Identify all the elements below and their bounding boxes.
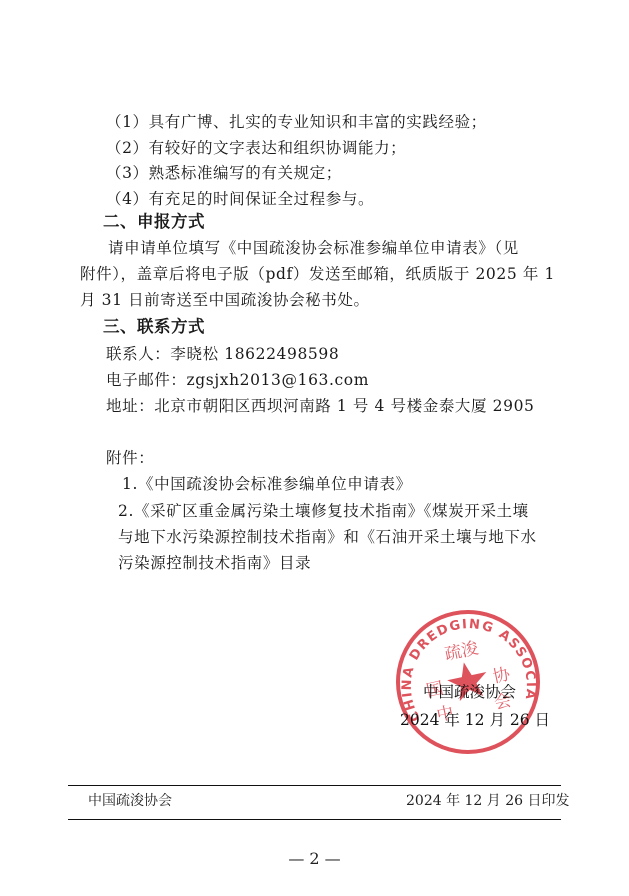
footer-bottom-rule xyxy=(68,819,561,820)
footer-print-date: 2024 年 12 月 26 日印发 xyxy=(406,791,570,811)
attachment-item-2-line-3: 污染源控制技术指南》目录 xyxy=(118,552,311,574)
contact-address: 地址：北京市朝阳区西坝河南路 1 号 4 号楼金泰大厦 2905 xyxy=(106,395,535,417)
signature-organization: 中国疏浚协会 xyxy=(423,681,516,703)
signature-date: 2024 年 12 月 26 日 xyxy=(400,709,550,731)
requirement-item-4: （4）有充足的时间保证全过程参与。 xyxy=(106,188,374,210)
footer-issuer: 中国疏浚协会 xyxy=(88,791,172,811)
footer-top-rule xyxy=(68,785,561,786)
attachment-item-2-line-1: 2.《采矿区重金属污染土壤修复技术指南》《煤炭开采土壤 xyxy=(118,500,529,522)
section-heading-contact: 三、联系方式 xyxy=(103,316,205,338)
attachment-item-2-line-2: 与地下水污染源控制技术指南》和《石油开采土壤与地下水 xyxy=(118,526,537,548)
svg-text:疏浚: 疏浚 xyxy=(443,638,480,665)
attachments-label: 附件： xyxy=(106,447,154,469)
contact-email: 电子邮件：zgsjxh2013@163.com xyxy=(106,369,369,391)
contact-person: 联系人：李晓松 18622498598 xyxy=(106,343,339,365)
application-line-3: 月 31 日前寄送至中国疏浚协会秘书处。 xyxy=(80,289,370,311)
page-number: — 2 — xyxy=(0,849,629,868)
requirement-item-3: （3）熟悉标准编写的有关规定； xyxy=(106,162,342,184)
section-heading-application: 二、申报方式 xyxy=(103,211,205,233)
attachment-item-1: 1.《中国疏浚协会标准参编单位申请表》 xyxy=(122,473,412,495)
requirement-item-1: （1）具有广博、扎实的专业知识和丰富的实践经验； xyxy=(106,111,487,133)
application-line-1: 请申请单位填写《中国疏浚协会标准参编单位申请表》（见 xyxy=(108,237,519,259)
application-line-2: 附件），盖章后将电子版（pdf）发送至邮箱，纸质版于 2025 年 1 xyxy=(80,263,555,285)
requirement-item-2: （2）有较好的文字表达和组织协调能力； xyxy=(106,137,406,159)
